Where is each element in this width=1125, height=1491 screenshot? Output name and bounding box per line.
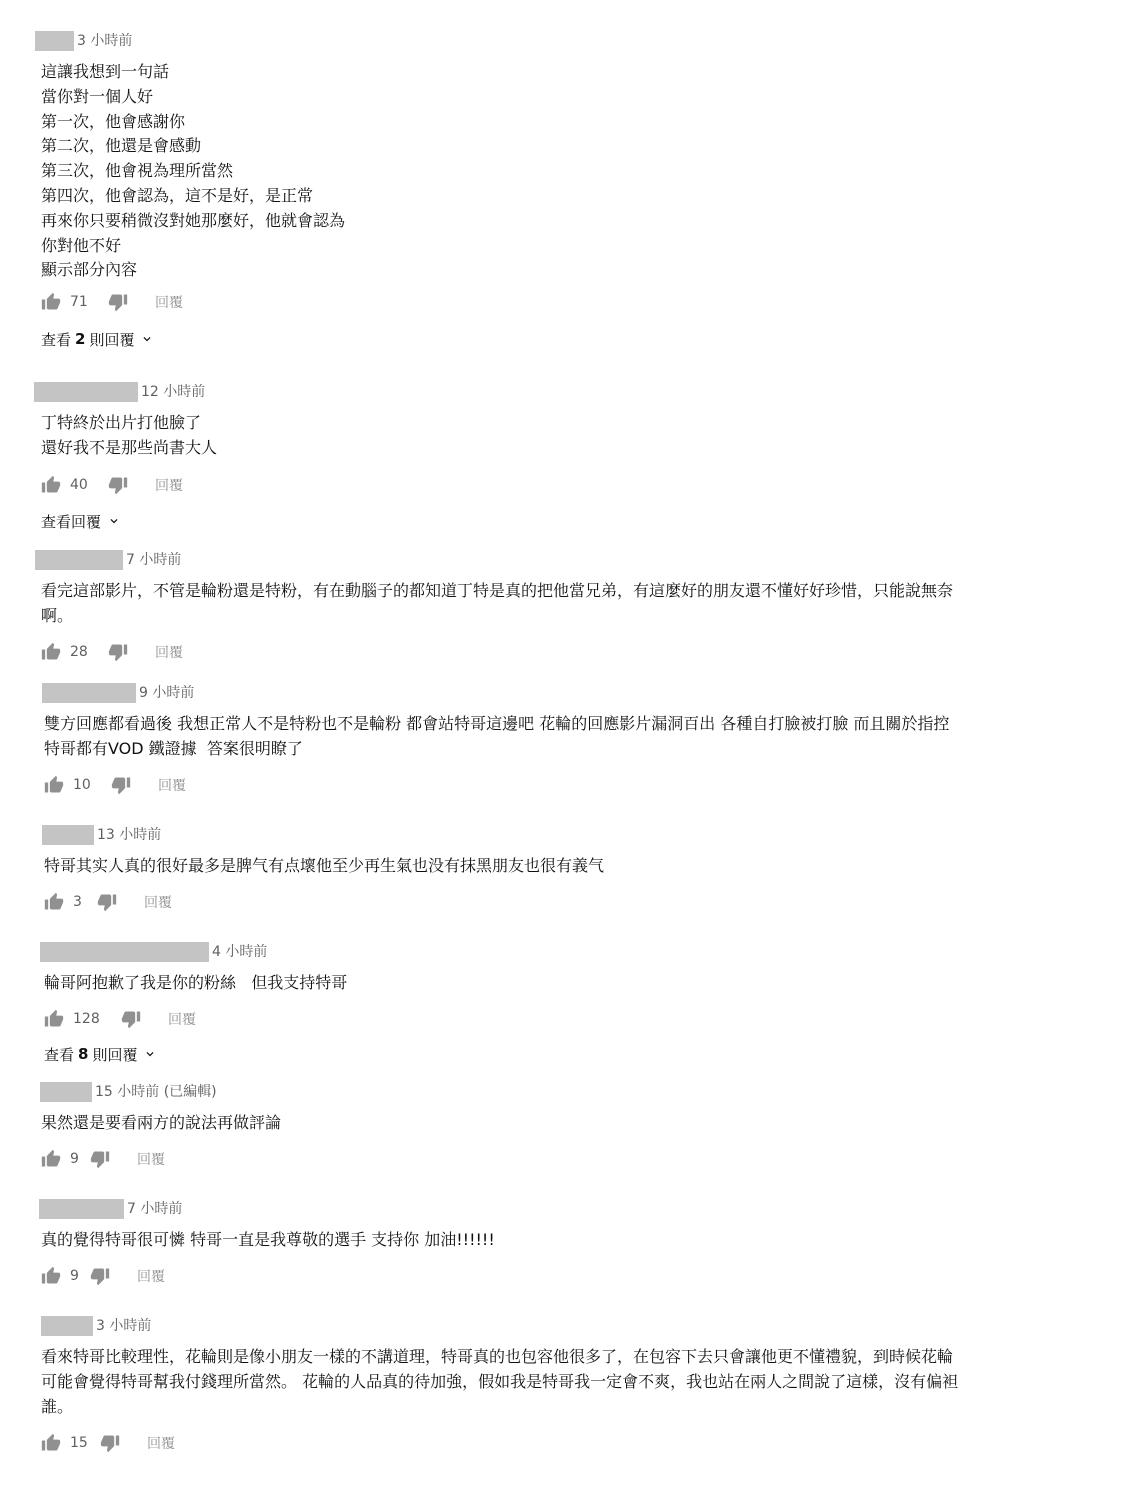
comment-timestamp[interactable]: 12 小時前 bbox=[141, 382, 205, 402]
thumbs-down-icon[interactable] bbox=[108, 475, 128, 495]
comment-text: 丁特終於出片打他臉了 還好我不是那些尚書大人 bbox=[41, 411, 1051, 461]
reply-count: 8 bbox=[78, 1045, 88, 1063]
thumbs-up-icon[interactable] bbox=[41, 1266, 61, 1286]
thumbs-down-icon[interactable] bbox=[108, 292, 128, 312]
redacted-author-name[interactable] bbox=[42, 683, 136, 703]
like-count: 40 bbox=[70, 477, 108, 493]
comment-text: 這讓我想到一句話 當你對一個人好 第一次，他會感謝你 第二次，他還是會感動 第三… bbox=[41, 60, 1051, 283]
comment-header: 12 小時前 bbox=[34, 382, 205, 402]
reply-button[interactable]: 回覆 bbox=[158, 775, 186, 795]
view-replies-button[interactable]: 查看 2 則回覆 bbox=[41, 328, 154, 350]
comment-text: 看來特哥比較理性，花輪則是像小朋友一樣的不講道理，特哥真的也包容他很多了，在包容… bbox=[41, 1345, 1051, 1419]
redacted-author-name[interactable] bbox=[42, 825, 94, 845]
comment-header: 4 小時前 bbox=[40, 942, 267, 962]
like-count: 128 bbox=[73, 1011, 121, 1027]
comment-actions: 128 回覆 bbox=[44, 1007, 196, 1031]
comment-header: 15 小時前 (已編輯) bbox=[40, 1082, 217, 1102]
thumbs-up-icon[interactable] bbox=[41, 1149, 61, 1169]
chevron-down-icon bbox=[143, 1047, 157, 1061]
thumbs-down-icon[interactable] bbox=[121, 1009, 141, 1029]
comment-header: 9 小時前 bbox=[42, 683, 194, 703]
redacted-author-name[interactable] bbox=[39, 1199, 124, 1219]
like-count: 71 bbox=[70, 294, 108, 310]
comment-text: 輪哥阿抱歉了我是你的粉絲 但我支持特哥 bbox=[44, 971, 1054, 996]
comment-timestamp[interactable]: 7 小時前 bbox=[126, 550, 181, 570]
like-count: 28 bbox=[70, 644, 108, 660]
reply-button[interactable]: 回覆 bbox=[155, 475, 183, 495]
reply-button[interactable]: 回覆 bbox=[137, 1266, 165, 1286]
comment-header: 7 小時前 bbox=[39, 1199, 182, 1219]
reply-count: 2 bbox=[75, 330, 85, 348]
reply-button[interactable]: 回覆 bbox=[137, 1149, 165, 1169]
comment-text: 看完這部影片，不管是輪粉還是特粉，有在動腦子的都知道丁特是真的把他當兄弟，有這麼… bbox=[41, 579, 1051, 629]
reply-button[interactable]: 回覆 bbox=[168, 1009, 196, 1029]
like-count: 15 bbox=[70, 1435, 100, 1451]
thumbs-up-icon[interactable] bbox=[41, 1433, 61, 1453]
comment-actions: 15 回覆 bbox=[41, 1431, 175, 1455]
redacted-author-name[interactable] bbox=[41, 1316, 93, 1336]
reply-button[interactable]: 回覆 bbox=[155, 642, 183, 662]
redacted-author-name[interactable] bbox=[40, 942, 209, 962]
like-count: 3 bbox=[73, 894, 97, 910]
comment-timestamp[interactable]: 3 小時前 bbox=[77, 31, 132, 51]
comment-actions: 9 回覆 bbox=[41, 1264, 165, 1288]
comment-timestamp[interactable]: 3 小時前 bbox=[96, 1316, 151, 1336]
thumbs-down-icon[interactable] bbox=[90, 1266, 110, 1286]
view-label: 查看 bbox=[44, 1044, 74, 1065]
thumbs-down-icon[interactable] bbox=[108, 642, 128, 662]
comment-timestamp[interactable]: 13 小時前 bbox=[97, 825, 161, 845]
thumbs-down-icon[interactable] bbox=[97, 892, 117, 912]
reply-button[interactable]: 回覆 bbox=[147, 1433, 175, 1453]
thumbs-down-icon[interactable] bbox=[100, 1433, 120, 1453]
reply-button[interactable]: 回覆 bbox=[144, 892, 172, 912]
comment-timestamp[interactable]: 15 小時前 (已編輯) bbox=[95, 1082, 217, 1102]
chevron-down-icon bbox=[140, 332, 154, 346]
thumbs-up-icon[interactable] bbox=[44, 892, 64, 912]
comment-text: 雙方回應都看過後 我想正常人不是特粉也不是輪粉 都會站特哥這邊吧 花輪的回應影片… bbox=[44, 712, 1054, 762]
comment-header: 3 小時前 bbox=[41, 1316, 151, 1336]
view-replies-button[interactable]: 查看回覆 bbox=[41, 510, 121, 532]
redacted-author-name[interactable] bbox=[35, 550, 123, 570]
replies-unit-label: 則回覆 bbox=[92, 1044, 137, 1065]
thumbs-down-icon[interactable] bbox=[90, 1149, 110, 1169]
comment-actions: 40 回覆 bbox=[41, 473, 183, 497]
redacted-author-name[interactable] bbox=[40, 1082, 92, 1102]
view-replies-button[interactable]: 查看 8 則回覆 bbox=[44, 1043, 157, 1065]
comment-timestamp[interactable]: 4 小時前 bbox=[212, 942, 267, 962]
comment-actions: 10 回覆 bbox=[44, 773, 186, 797]
comment-timestamp[interactable]: 9 小時前 bbox=[139, 683, 194, 703]
comment-header: 7 小時前 bbox=[35, 550, 181, 570]
replies-unit-label: 則回覆 bbox=[89, 329, 134, 350]
like-count: 10 bbox=[73, 777, 111, 793]
thumbs-up-icon[interactable] bbox=[44, 775, 64, 795]
thumbs-down-icon[interactable] bbox=[111, 775, 131, 795]
thumbs-up-icon[interactable] bbox=[44, 1009, 64, 1029]
comment-actions: 3 回覆 bbox=[44, 890, 172, 914]
thumbs-up-icon[interactable] bbox=[41, 292, 61, 312]
like-count: 9 bbox=[70, 1151, 90, 1167]
comment-text: 真的覺得特哥很可憐 特哥一直是我尊敬的選手 支持你 加油!!!!!! bbox=[41, 1228, 1051, 1253]
comment-actions: 9 回覆 bbox=[41, 1147, 165, 1171]
view-label: 查看 bbox=[41, 329, 71, 350]
comment-text: 果然還是要看兩方的說法再做評論 bbox=[41, 1111, 1051, 1136]
comment-header: 13 小時前 bbox=[42, 825, 161, 845]
reply-button[interactable]: 回覆 bbox=[155, 292, 183, 312]
redacted-author-name[interactable] bbox=[34, 382, 138, 402]
comment-actions: 28 回覆 bbox=[41, 640, 183, 664]
like-count: 9 bbox=[70, 1268, 90, 1284]
view-replies-label: 查看回覆 bbox=[41, 511, 101, 532]
comment-timestamp[interactable]: 7 小時前 bbox=[127, 1199, 182, 1219]
thumbs-up-icon[interactable] bbox=[41, 475, 61, 495]
comment-actions: 71 回覆 bbox=[41, 290, 183, 314]
redacted-author-name[interactable] bbox=[35, 31, 74, 51]
comment-header: 3 小時前 bbox=[35, 31, 132, 51]
thumbs-up-icon[interactable] bbox=[41, 642, 61, 662]
comment-text: 特哥其实人真的很好最多是脾气有点壞他至少再生氣也没有抹黑朋友也很有義气 bbox=[44, 854, 1054, 879]
chevron-down-icon bbox=[107, 514, 121, 528]
